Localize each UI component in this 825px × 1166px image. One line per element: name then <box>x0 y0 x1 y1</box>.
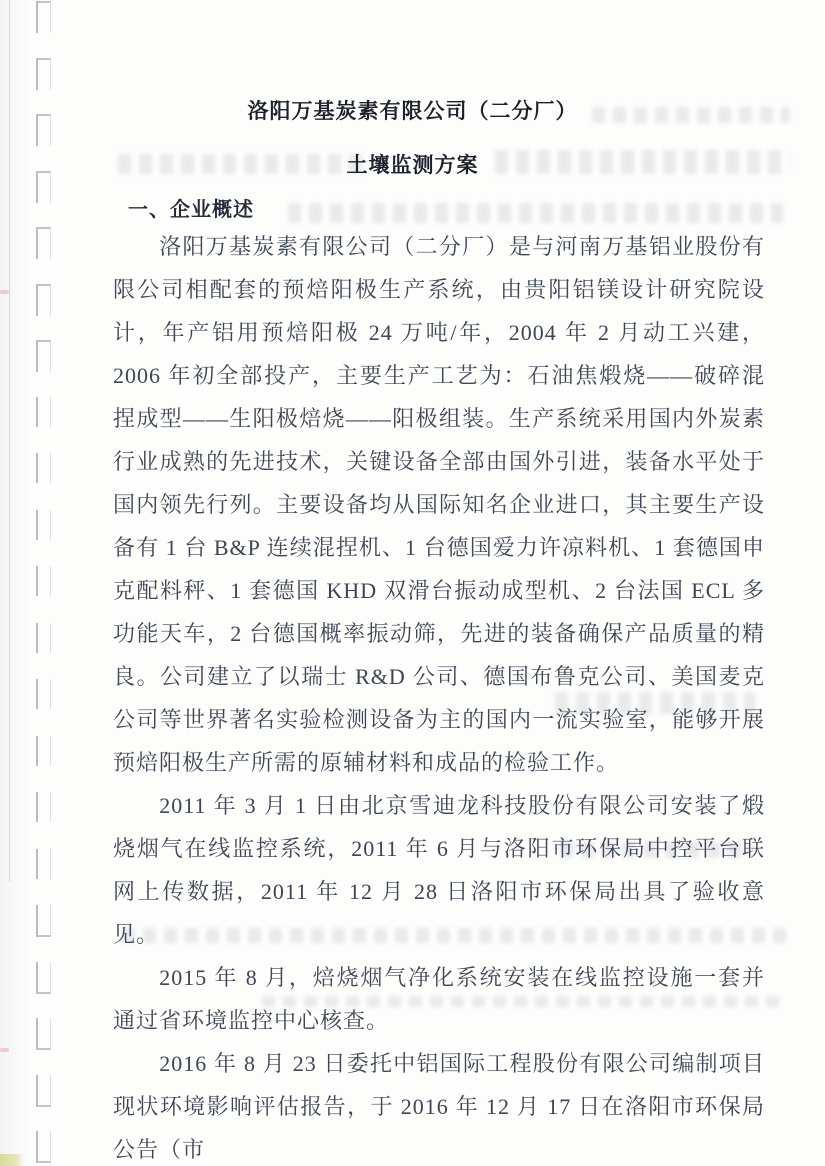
binding-hole <box>36 1018 51 1050</box>
corner-stain-artifact <box>0 1154 24 1166</box>
binding-hole <box>36 340 51 372</box>
binding-hole <box>36 792 51 822</box>
paragraph-2015-monitoring: 2015 年 8 月，焙烧烟气净化系统安装在线监控设施一套并通过省环境监控中心核… <box>113 956 765 1042</box>
binding-hole <box>36 736 51 766</box>
section-heading: 一、企业概述 <box>113 195 765 225</box>
binding-hole <box>36 623 51 653</box>
paragraph-company-overview: 洛阳万基炭素有限公司（二分厂）是与河南万基铝业股份有限公司相配套的预焙阳极生产系… <box>113 225 765 784</box>
binding-hole <box>36 849 51 879</box>
binding-hole <box>36 566 51 596</box>
binding-hole <box>36 397 51 427</box>
document-subtitle: 土壤监测方案 <box>0 150 825 180</box>
document-body: 一、企业概述 洛阳万基炭素有限公司（二分厂）是与河南万基铝业股份有限公司相配套的… <box>113 195 765 1166</box>
binding-hole <box>36 1075 51 1107</box>
document-header: 洛阳万基炭素有限公司（二分厂） 土壤监测方案 <box>0 96 825 180</box>
binding-hole <box>36 453 51 483</box>
paragraph-2016-assessment: 2016 年 8 月 23 日委托中铝国际工程股份有限公司编制项目现状环境影响评… <box>113 1042 765 1166</box>
binding-hole <box>36 905 51 937</box>
paragraph-2011-monitoring: 2011 年 3 月 1 日由北京雪迪龙科技股份有限公司安装了煅烧烟气在线监控系… <box>113 784 765 956</box>
pink-edge-artifact <box>0 1048 9 1052</box>
binding-hole <box>36 58 51 90</box>
binding-hole <box>36 227 51 259</box>
binding-hole <box>36 1 51 33</box>
binding-hole <box>36 679 51 709</box>
pink-edge-artifact <box>0 290 9 294</box>
document-title: 洛阳万基炭素有限公司（二分厂） <box>0 96 825 126</box>
scanned-document-page: 洛阳万基炭素有限公司（二分厂） 土壤监测方案 一、企业概述 洛阳万基炭素有限公司… <box>0 0 825 1166</box>
binding-hole <box>36 510 51 540</box>
binding-hole <box>36 962 51 994</box>
binding-hole <box>36 284 51 316</box>
binding-hole <box>36 1131 51 1163</box>
